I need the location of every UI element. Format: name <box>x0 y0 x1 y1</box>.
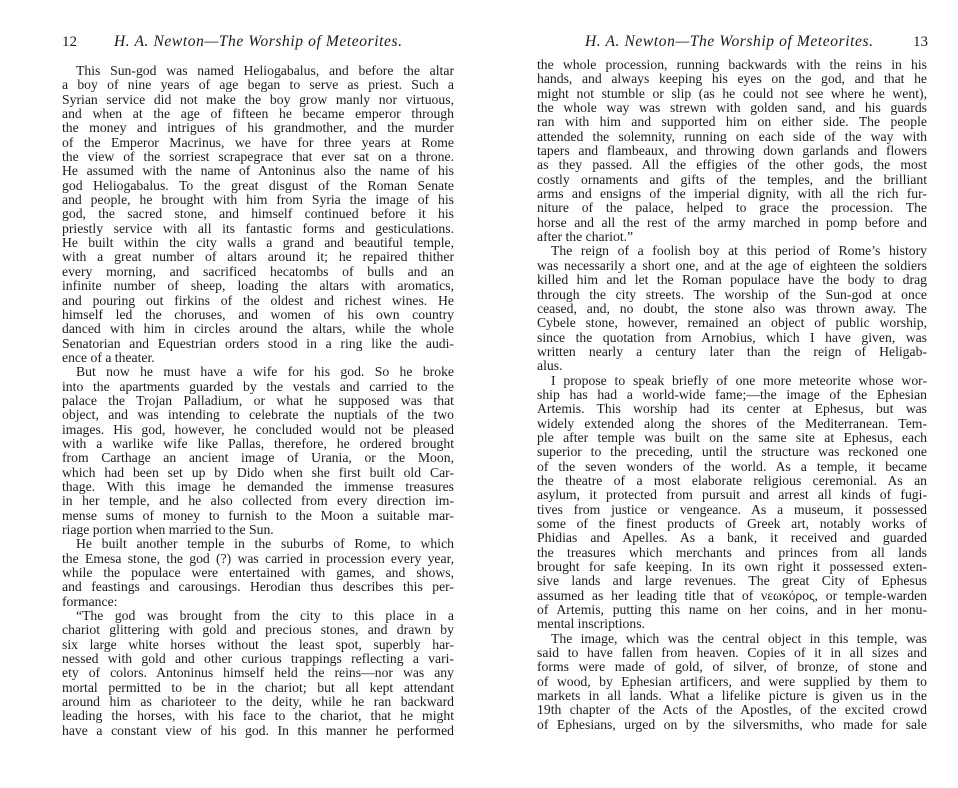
text-line: while the populace were entertained with… <box>62 566 454 580</box>
text-line: costly ornaments and gifts of the temple… <box>537 173 927 187</box>
text-line: niture of the palace, helped to grace th… <box>537 201 927 215</box>
text-line: in her temple, and he also collected fro… <box>62 494 454 508</box>
text-line: horse and all the rest of the army march… <box>537 216 927 230</box>
text-line: The reign of a foolish boy at this perio… <box>537 244 927 258</box>
text-line: into the apartments guarded by the vesta… <box>62 380 454 394</box>
text-line: god, the sacred stone, and himself conti… <box>62 207 454 221</box>
text-line: formance: <box>62 595 454 609</box>
text-line: The image, which was the central object … <box>537 632 927 646</box>
right-page: H. A. Newton—The Worship of Meteorites. … <box>479 0 958 788</box>
text-line: might not stumble or slip (as he could n… <box>537 87 927 101</box>
text-line: and people, he brought with him from Syr… <box>62 193 454 207</box>
text-line: thage. With this image he demanded the i… <box>62 480 454 494</box>
text-line: mortal permitted to be in the chariot; b… <box>62 681 454 695</box>
text-line: after the chariot.” <box>537 230 927 244</box>
text-line: around him as charioteer to the deity, w… <box>62 695 454 709</box>
text-line: ceased, and, no doubt, the stone also wa… <box>537 302 927 316</box>
text-line: He built within the city walls a grand a… <box>62 236 454 250</box>
text-line: leading the horses, with his face to the… <box>62 709 454 723</box>
text-line: “The god was brought from the city to th… <box>62 609 454 623</box>
text-line: and feastings and carousings. Herodian t… <box>62 580 454 594</box>
text-line: the money and intrigues of his grandmoth… <box>62 121 454 135</box>
text-line: as they passed. All the effigies of the … <box>537 158 927 172</box>
text-line: some of the finest products of Greek art… <box>537 517 927 531</box>
text-line: Artemis. This worship had its center at … <box>537 402 927 416</box>
text-line: of Ephesians, urged on by the silversmit… <box>537 718 927 732</box>
text-line: of wood, by Ephesian artificers, and wer… <box>537 675 927 689</box>
text-line: object, and was intending to celebrate t… <box>62 408 454 422</box>
text-line: ence of a theater. <box>62 351 454 365</box>
left-page: 12 H. A. Newton—The Worship of Meteorite… <box>0 0 479 788</box>
text-line: which had been set up by Dido when she f… <box>62 466 454 480</box>
text-line: Cybele stone, however, remained an objec… <box>537 316 927 330</box>
text-line: This Sun-god was named Heliogabalus, and… <box>62 64 454 78</box>
text-line: the view of the sorriest scrapegrace tha… <box>62 150 454 164</box>
body-text: the whole procession, running backwards … <box>537 58 927 732</box>
text-line: and when at the age of fifteen he became… <box>62 107 454 121</box>
text-line: with a great number of altars around it;… <box>62 250 454 264</box>
text-line: chariot glittering with gold and preciou… <box>62 623 454 637</box>
text-line: the whole way was strewn with golden san… <box>537 101 927 115</box>
text-line: Phidias and Apelles. As a bank, it recei… <box>537 531 927 545</box>
text-line: mental inscriptions. <box>537 617 927 631</box>
text-line: widely extended along the shores of the … <box>537 417 927 431</box>
text-line: He built another temple in the suburbs o… <box>62 537 454 551</box>
running-head: H. A. Newton—The Worship of Meteorites. <box>114 33 403 51</box>
text-line: alus. <box>537 359 927 373</box>
text-line: He assumed with the name of Antoninus al… <box>62 164 454 178</box>
text-line: hands, and always keeping his eyes on th… <box>537 72 927 86</box>
text-line: a boy of nine years of age began to serv… <box>62 78 454 92</box>
text-line: the treasures which merchants and prince… <box>537 546 927 560</box>
text-line: the theatre of a most elaborate religiou… <box>537 474 927 488</box>
text-line: ran with him and supported him on either… <box>537 115 927 129</box>
page-number: 12 <box>62 34 77 51</box>
text-line: ple after temple was built on the same s… <box>537 431 927 445</box>
text-line: assumed as her leading title that of νεω… <box>537 589 927 603</box>
text-line: of Artemis, putting this name on her coi… <box>537 603 927 617</box>
text-line: asylum, it protected from pursuit and ar… <box>537 488 927 502</box>
text-line: brought for safe keeping. In its own rig… <box>537 560 927 574</box>
text-line: Syrian service did not make the boy grow… <box>62 93 454 107</box>
text-line: ety of colors. Antoninus himself held th… <box>62 666 454 680</box>
text-line: priestly service with all its fantastic … <box>62 222 454 236</box>
text-line: of the Emperor Macrinus, we have for thr… <box>62 136 454 150</box>
running-head: H. A. Newton—The Worship of Meteorites. <box>585 33 874 51</box>
text-line: 19th chapter of the Acts of the Apostles… <box>537 703 927 717</box>
text-line: sive lands and large revenues. The great… <box>537 574 927 588</box>
text-line: superior to the preceding, until the str… <box>537 445 927 459</box>
text-line: tapers and flambeaux, and throwing down … <box>537 144 927 158</box>
text-line: forms were made of gold, of silver, of b… <box>537 660 927 674</box>
text-line: nessed with gold and other curious trapp… <box>62 652 454 666</box>
text-line: from Carthage an ancient image of Urania… <box>62 451 454 465</box>
text-line: infinite number of sheep, loading the al… <box>62 279 454 293</box>
text-line: I propose to speak briefly of one more m… <box>537 374 927 388</box>
text-line: written nearly a century later than the … <box>537 345 927 359</box>
text-line: tives from justice or vengeance. As a mu… <box>537 503 927 517</box>
text-line: with a warlike wife like Pallas, therefo… <box>62 437 454 451</box>
text-line: was necessarily a short one, and at the … <box>537 259 927 273</box>
text-line: ship has had a world-wide fame;—the imag… <box>537 388 927 402</box>
text-line: arms and ensigns of the imperial dignity… <box>537 187 927 201</box>
text-line: through the city streets. The worship of… <box>537 288 927 302</box>
text-line: killed him and let the Roman populace ha… <box>537 273 927 287</box>
text-line: and pouring out firkins of the oldest an… <box>62 294 454 308</box>
text-line: every morning, and sacrificed hecatombs … <box>62 265 454 279</box>
text-line: markets in all lands. What a lifelike pi… <box>537 689 927 703</box>
text-line: six large white horses without the least… <box>62 638 454 652</box>
text-line: of the seven wonders of the world. As a … <box>537 460 927 474</box>
text-line: mense sums of money to furnish to the Mo… <box>62 509 454 523</box>
text-line: palace the Trojan Palladium, or what he … <box>62 394 454 408</box>
page-number: 13 <box>913 34 928 51</box>
text-line: riage portion when married to the Sun. <box>62 523 454 537</box>
text-line: the Emesa stone, the god (?) was carried… <box>62 552 454 566</box>
text-line: the whole procession, running backwards … <box>537 58 927 72</box>
text-line: danced with him in circles around the al… <box>62 322 454 336</box>
text-line: said to have fallen from heaven. Copies … <box>537 646 927 660</box>
text-line: images. His god, however, he concluded w… <box>62 423 454 437</box>
text-line: Senatorian and Equestrian orders stood i… <box>62 337 454 351</box>
text-line: But now he must have a wife for his god.… <box>62 365 454 379</box>
body-text: This Sun-god was named Heliogabalus, and… <box>62 64 454 738</box>
text-line: have a constant view of his god. In this… <box>62 724 454 738</box>
text-line: attended the solemnity, running on each … <box>537 130 927 144</box>
text-line: himself led the choruses, and women of h… <box>62 308 454 322</box>
text-line: god Heliogabalus. To the great disgust o… <box>62 179 454 193</box>
text-line: since the quotation from Arnobius, which… <box>537 331 927 345</box>
